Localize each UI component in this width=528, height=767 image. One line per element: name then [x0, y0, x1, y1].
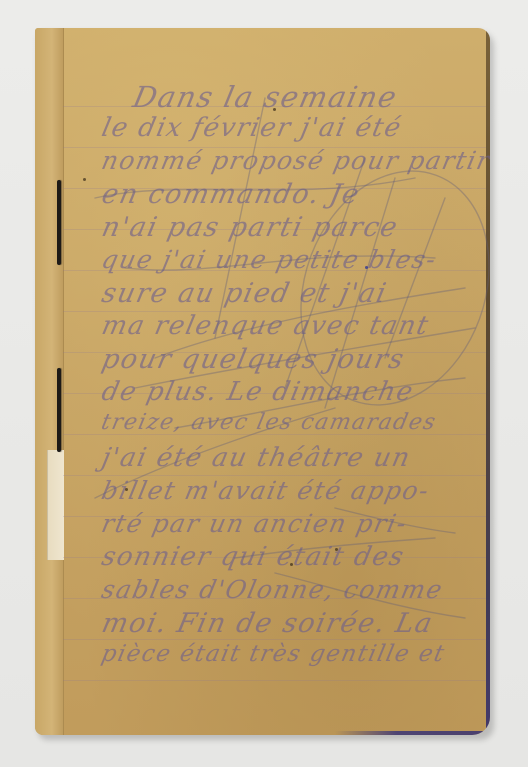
ink-speck — [365, 266, 368, 269]
handwriting-line: sonnier qui était des — [99, 542, 490, 572]
handwriting-line: treize, avec les camarades — [99, 410, 490, 435]
handwriting-line: que j'ai une petite bles- — [99, 245, 490, 274]
page-edge-bottom — [335, 731, 490, 735]
handwriting-line: nommé proposé pour partir — [99, 146, 490, 175]
handwriting-line: pour quelques jours — [99, 344, 490, 375]
paper-speck — [83, 178, 86, 181]
handwriting-line: de plus. Le dimanche — [99, 377, 490, 407]
handwriting-line: ma relenque avec tant — [99, 311, 490, 341]
handwriting-line: le dix février j'ai été — [99, 113, 490, 143]
handwriting-line: en commando. Je — [99, 179, 490, 210]
handwriting-line: sables d'Olonne, comme — [99, 575, 490, 604]
handwriting-line: n'ai pas parti parce — [99, 212, 490, 243]
handwriting-line: j'ai été au théâtre un — [99, 443, 490, 473]
handwriting-line: rté par un ancien pri- — [99, 509, 490, 538]
handwriting-line: moi. Fin de soirée. La — [99, 608, 490, 639]
handwriting-line: billet m'avait été appo- — [99, 476, 490, 505]
spine-tear — [47, 450, 64, 560]
paper-speck — [290, 563, 293, 566]
staple-top-icon — [57, 180, 61, 265]
paper-speck — [335, 548, 338, 551]
paper-speck — [273, 108, 276, 111]
handwriting-line: sure au pied et j'ai — [99, 278, 490, 309]
ruled-line — [63, 680, 486, 681]
ruled-line — [63, 639, 486, 640]
staple-bottom-icon — [57, 368, 61, 452]
handwriting-line: Dans la semaine — [130, 80, 490, 114]
handwriting-line: pièce était très gentille et — [99, 641, 490, 667]
notebook-page: Dans la semaine le dix février j'ai été … — [35, 28, 490, 735]
paper-speck — [125, 488, 128, 491]
